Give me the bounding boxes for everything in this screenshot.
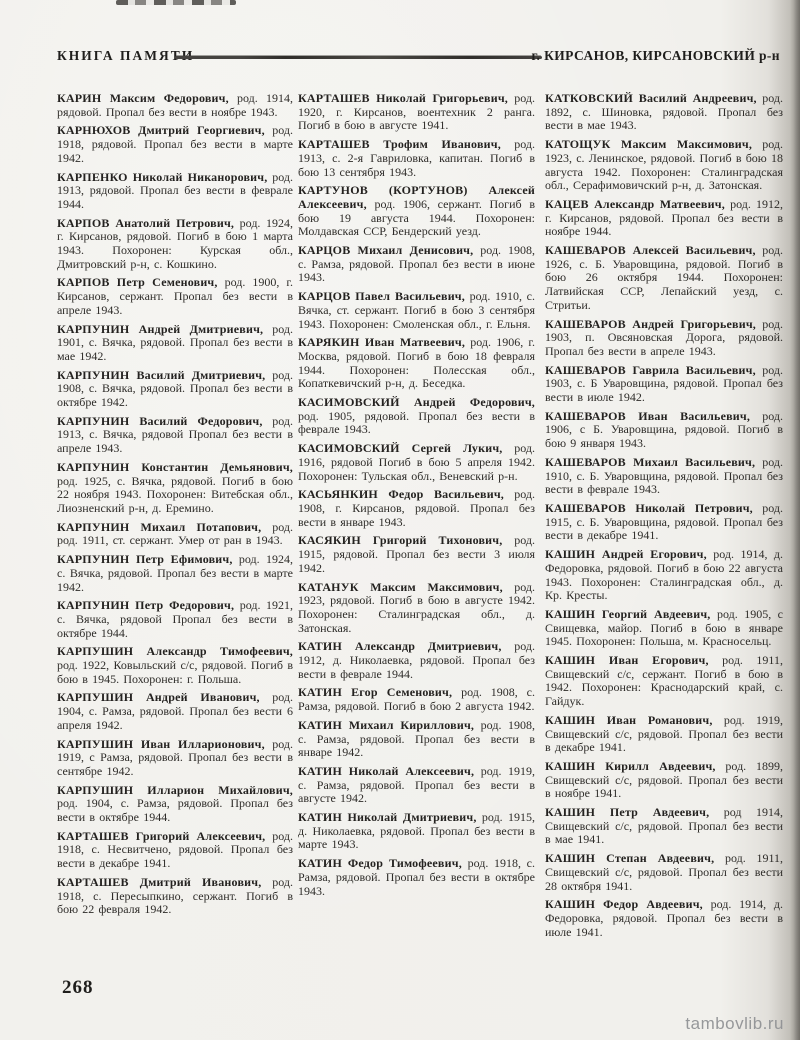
memorial-entry: КАРИН Максим Федорович, род. 1914, рядов… <box>57 92 293 119</box>
memorial-entry: КАТИН Федор Тимофеевич, род. 1918, с. Ра… <box>298 857 535 898</box>
memorial-entry: КАТОЩУК Максим Максимович, род. 1923, с.… <box>545 138 783 193</box>
entry-person-name: КАТИН Александр Дмитриевич, <box>298 639 502 653</box>
memorial-entry: КАСИМОВСКИЙ Сергей Лукич, род. 1916, ряд… <box>298 442 535 483</box>
memorial-entry: КАРПЕНКО Николай Никанорович, род. 1913,… <box>57 171 293 212</box>
entry-person-name: КАСЬЯНКИН Федор Васильевич, <box>298 487 504 501</box>
memorial-entry: КАТИН Егор Семенович, род. 1908, с. Рамз… <box>298 686 535 713</box>
entry-person-name: КАШИН Петр Авдеевич, <box>545 805 709 819</box>
entry-person-name: КАШИН Иван Егорович, <box>545 653 709 667</box>
entry-person-name: КАРЯКИН Иван Матвеевич, <box>298 335 465 349</box>
entry-person-name: КАТИН Николай Алексеевич, <box>298 764 474 778</box>
entry-details: род. 1904, с. Рамза, рядовой. Пропал без… <box>57 796 293 824</box>
entry-person-name: КАРТАШЕВ Дмитрий Иванович, <box>57 875 261 889</box>
memorial-entry: КАРТАШЕВ Дмитрий Иванович, род. 1918, с.… <box>57 876 293 917</box>
memorial-entry: КАШИН Иван Романович, род. 1919, Свищевс… <box>545 714 783 755</box>
entry-details: род. 1925, с. Вячка, рядовой. Погиб в бо… <box>57 474 293 515</box>
entry-person-name: КАТКОВСКИЙ Василий Андреевич, <box>545 91 757 105</box>
memorial-entry: КАРПУНИН Михаил Потапович, род. род. 191… <box>57 521 293 548</box>
memorial-entry: КАШЕВАРОВ Михаил Васильевич, род. 1910, … <box>545 456 783 497</box>
memorial-entry: КАРТАШЕВ Григорий Алексеевич, род. 1918,… <box>57 830 293 871</box>
entry-person-name: КАРПУНИН Василий Дмитриевич, <box>57 368 265 382</box>
memorial-entry: КАШИН Иван Егорович, род. 1911, Свищевск… <box>545 654 783 709</box>
memorial-entry: КАРПУШИН Александр Тимофеевич, род. 1922… <box>57 645 293 686</box>
page-number: 268 <box>62 977 94 999</box>
memorial-entry: КАРТУНОВ (КОРТУНОВ) Алексей Алексеевич, … <box>298 184 535 239</box>
entry-person-name: КАШИН Федор Авдеевич, <box>545 897 703 911</box>
memorial-entry: КАШЕВАРОВ Андрей Григорьевич, род. 1903,… <box>545 318 783 359</box>
memorial-entry: КАРЦОВ Михаил Денисович, род. 1908, с. Р… <box>298 244 535 285</box>
entry-person-name: КАТИН Федор Тимофеевич, <box>298 856 462 870</box>
district-title: г. КИРСАНОВ, КИРСАНОВСКИЙ р-н <box>532 48 780 64</box>
entry-person-name: КАРПЕНКО Николай Никанорович, <box>57 170 267 184</box>
entry-person-name: КАРТАШЕВ Трофим Иванович, <box>298 137 501 151</box>
memorial-entry: КАРНЮХОВ Дмитрий Георгиевич, род. 1918, … <box>57 124 293 165</box>
entry-person-name: КАШЕВАРОВ Николай Петрович, <box>545 501 753 515</box>
memorial-entry: КАРТАШЕВ Николай Григорьевич, род. 1920,… <box>298 92 535 133</box>
entry-person-name: КАЦЕВ Александр Матвеевич, <box>545 197 725 211</box>
entry-person-name: КАРПОВ Анатолий Петрович, <box>57 216 234 230</box>
book-title: КНИГА ПАМЯТИ <box>57 48 194 64</box>
memorial-entry: КАРПУНИН Василий Федорович, род. 1913, с… <box>57 415 293 456</box>
entry-person-name: КАРПУНИН Михаил Потапович, <box>57 520 261 534</box>
memorial-entry: КАРПУНИН Андрей Дмитриевич, род. 1901, с… <box>57 323 293 364</box>
entry-person-name: КАРПУШИН Илларион Михайлович, <box>57 783 293 797</box>
column-1: КАРИН Максим Федорович, род. 1914, рядов… <box>57 92 293 922</box>
entry-person-name: КАШЕВАРОВ Андрей Григорьевич, <box>545 317 756 331</box>
memorial-entry: КАРЯКИН Иван Матвеевич, род. 1906, г. Мо… <box>298 336 535 391</box>
memorial-entry: КАТИН Николай Алексеевич, род. 1919, с. … <box>298 765 535 806</box>
memorial-entry: КАРПУНИН Василий Дмитриевич, род. 1908, … <box>57 369 293 410</box>
memorial-entry: КАРПУНИН Петр Ефимович, род. 1924, с. Вя… <box>57 553 293 594</box>
entry-person-name: КАШИН Георгий Авдеевич, <box>545 607 711 621</box>
memorial-entry: КАРПОВ Петр Семенович, род. 1900, г. Кир… <box>57 276 293 317</box>
memorial-entry: КАРПУНИН Константин Демьянович, род. 192… <box>57 461 293 516</box>
memorial-entry: КАТКОВСКИЙ Василий Андреевич, род. 1892,… <box>545 92 783 133</box>
memorial-entry: КАШЕВАРОВ Гаврила Васильевич, род. 1903,… <box>545 364 783 405</box>
page-header: КНИГА ПАМЯТИ г. КИРСАНОВ, КИРСАНОВСКИЙ р… <box>57 48 780 68</box>
entry-person-name: КАТИН Егор Семенович, <box>298 685 452 699</box>
entry-person-name: КАСИМОВСКИЙ Сергей Лукич, <box>298 441 503 455</box>
entry-person-name: КАРИН Максим Федорович, <box>57 91 229 105</box>
entry-person-name: КАРПУНИН Петр Ефимович, <box>57 552 233 566</box>
entry-person-name: КАШЕВАРОВ Гаврила Васильевич, <box>545 363 756 377</box>
memorial-entry: КАРПУШИН Андрей Иванович, род. 1904, с. … <box>57 691 293 732</box>
entry-person-name: КАШЕВАРОВ Михаил Васильевич, <box>545 455 755 469</box>
memorial-entry: КАТИН Михаил Кириллович, род. 1908, с. Р… <box>298 719 535 760</box>
header-rule <box>175 56 542 59</box>
memorial-entry: КАШЕВАРОВ Николай Петрович, род. 1915, с… <box>545 502 783 543</box>
entry-person-name: КАРЦОВ Павел Васильевич, <box>298 289 465 303</box>
memorial-entry: КАШИН Степан Авдеевич, род. 1911, Свищев… <box>545 852 783 893</box>
entry-person-name: КАРТАШЕВ Николай Григорьевич, <box>298 91 508 105</box>
memorial-entry: КАРПУШИН Иван Илларионович, род. 1919, с… <box>57 738 293 779</box>
entry-person-name: КАШИН Кирилл Авдеевич, <box>545 759 716 773</box>
entry-person-name: КАШИН Степан Авдеевич, <box>545 851 714 865</box>
entry-person-name: КАТИН Николай Дмитриевич, <box>298 810 477 824</box>
entry-person-name: КАРПУШИН Андрей Иванович, <box>57 690 260 704</box>
memorial-entry: КАСЬЯНКИН Федор Васильевич, род. 1908, г… <box>298 488 535 529</box>
memorial-entry: КАШИН Кирилл Авдеевич, род. 1899, Свищев… <box>545 760 783 801</box>
entry-person-name: КАСЯКИН Григорий Тихонович, <box>298 533 502 547</box>
book-page: КНИГА ПАМЯТИ г. КИРСАНОВ, КИРСАНОВСКИЙ р… <box>0 0 800 1040</box>
entry-person-name: КАТОЩУК Максим Максимович, <box>545 137 752 151</box>
memorial-entry: КАЦЕВ Александр Матвеевич, род. 1912, г.… <box>545 198 783 239</box>
memorial-entry: КАРПУНИН Петр Федорович, род. 1921, с. В… <box>57 599 293 640</box>
entry-person-name: КАШИН Иван Романович, <box>545 713 713 727</box>
entry-person-name: КАТИН Михаил Кириллович, <box>298 718 474 732</box>
memorial-entry: КАРПУШИН Илларион Михайлович, род. 1904,… <box>57 784 293 825</box>
memorial-entry: КАШЕВАРОВ Алексей Васильевич, род. 1926,… <box>545 244 783 313</box>
entry-details: род. 1922, Ковыльский с/с, рядовой. Поги… <box>57 658 293 686</box>
memorial-entry: КАТАНУК Максим Максимович, род. 1923, ря… <box>298 581 535 636</box>
entry-person-name: КАРНЮХОВ Дмитрий Георгиевич, <box>57 123 265 137</box>
memorial-entry: КАТИН Александр Дмитриевич, род. 1912, д… <box>298 640 535 681</box>
entry-person-name: КАРПУНИН Андрей Дмитриевич, <box>57 322 263 336</box>
entry-person-name: КАТАНУК Максим Максимович, <box>298 580 503 594</box>
entry-person-name: КАРПУНИН Петр Федорович, <box>57 598 234 612</box>
memorial-entry: КАШИН Андрей Егорович, род. 1914, д. Фед… <box>545 548 783 603</box>
column-3: КАТКОВСКИЙ Василий Андреевич, род. 1892,… <box>545 92 783 944</box>
scan-edge-shadow <box>790 0 800 1040</box>
column-2: КАРТАШЕВ Николай Григорьевич, род. 1920,… <box>298 92 535 903</box>
memorial-entry: КАШИН Георгий Авдеевич, род. 1905, с Сви… <box>545 608 783 649</box>
entry-details: род. 1905, рядовой. Пропал без вести в ф… <box>298 409 535 437</box>
entry-person-name: КАШЕВАРОВ Иван Васильевич, <box>545 409 750 423</box>
entry-person-name: КАШИН Андрей Егорович, <box>545 547 707 561</box>
memorial-entry: КАРПОВ Анатолий Петрович, род. 1924, г. … <box>57 217 293 272</box>
memorial-entry: КАШЕВАРОВ Иван Васильевич, род. 1906, с … <box>545 410 783 451</box>
watermark: tambovlib.ru <box>685 1014 784 1034</box>
memorial-entry: КАСИМОВСКИЙ Андрей Федорович, род. 1905,… <box>298 396 535 437</box>
memorial-entry: КАСЯКИН Григорий Тихонович, род. 1915, р… <box>298 534 535 575</box>
memorial-entry: КАТИН Николай Дмитриевич, род. 1915, д. … <box>298 811 535 852</box>
entry-person-name: КАШЕВАРОВ Алексей Васильевич, <box>545 243 756 257</box>
entry-person-name: КАРПУНИН Василий Федорович, <box>57 414 263 428</box>
memorial-entry: КАШИН Петр Авдеевич, род 1914, Свищевски… <box>545 806 783 847</box>
entry-person-name: КАРПУШИН Иван Илларионович, <box>57 737 265 751</box>
memorial-entry: КАШИН Федор Авдеевич, род. 1914, д. Федо… <box>545 898 783 939</box>
entry-person-name: КАРПУШИН Александр Тимофеевич, <box>57 644 293 658</box>
entry-person-name: КАРТАШЕВ Григорий Алексеевич, <box>57 829 265 843</box>
memorial-entry: КАРТАШЕВ Трофим Иванович, род. 1913, с. … <box>298 138 535 179</box>
entry-person-name: КАРПОВ Петр Семенович, <box>57 275 218 289</box>
scan-smudge <box>116 0 236 5</box>
entry-person-name: КАРПУНИН Константин Демьянович, <box>57 460 293 474</box>
entry-person-name: КАРЦОВ Михаил Денисович, <box>298 243 473 257</box>
memorial-entry: КАРЦОВ Павел Васильевич, род. 1910, с. В… <box>298 290 535 331</box>
entry-person-name: КАСИМОВСКИЙ Андрей Федорович, <box>298 395 535 409</box>
